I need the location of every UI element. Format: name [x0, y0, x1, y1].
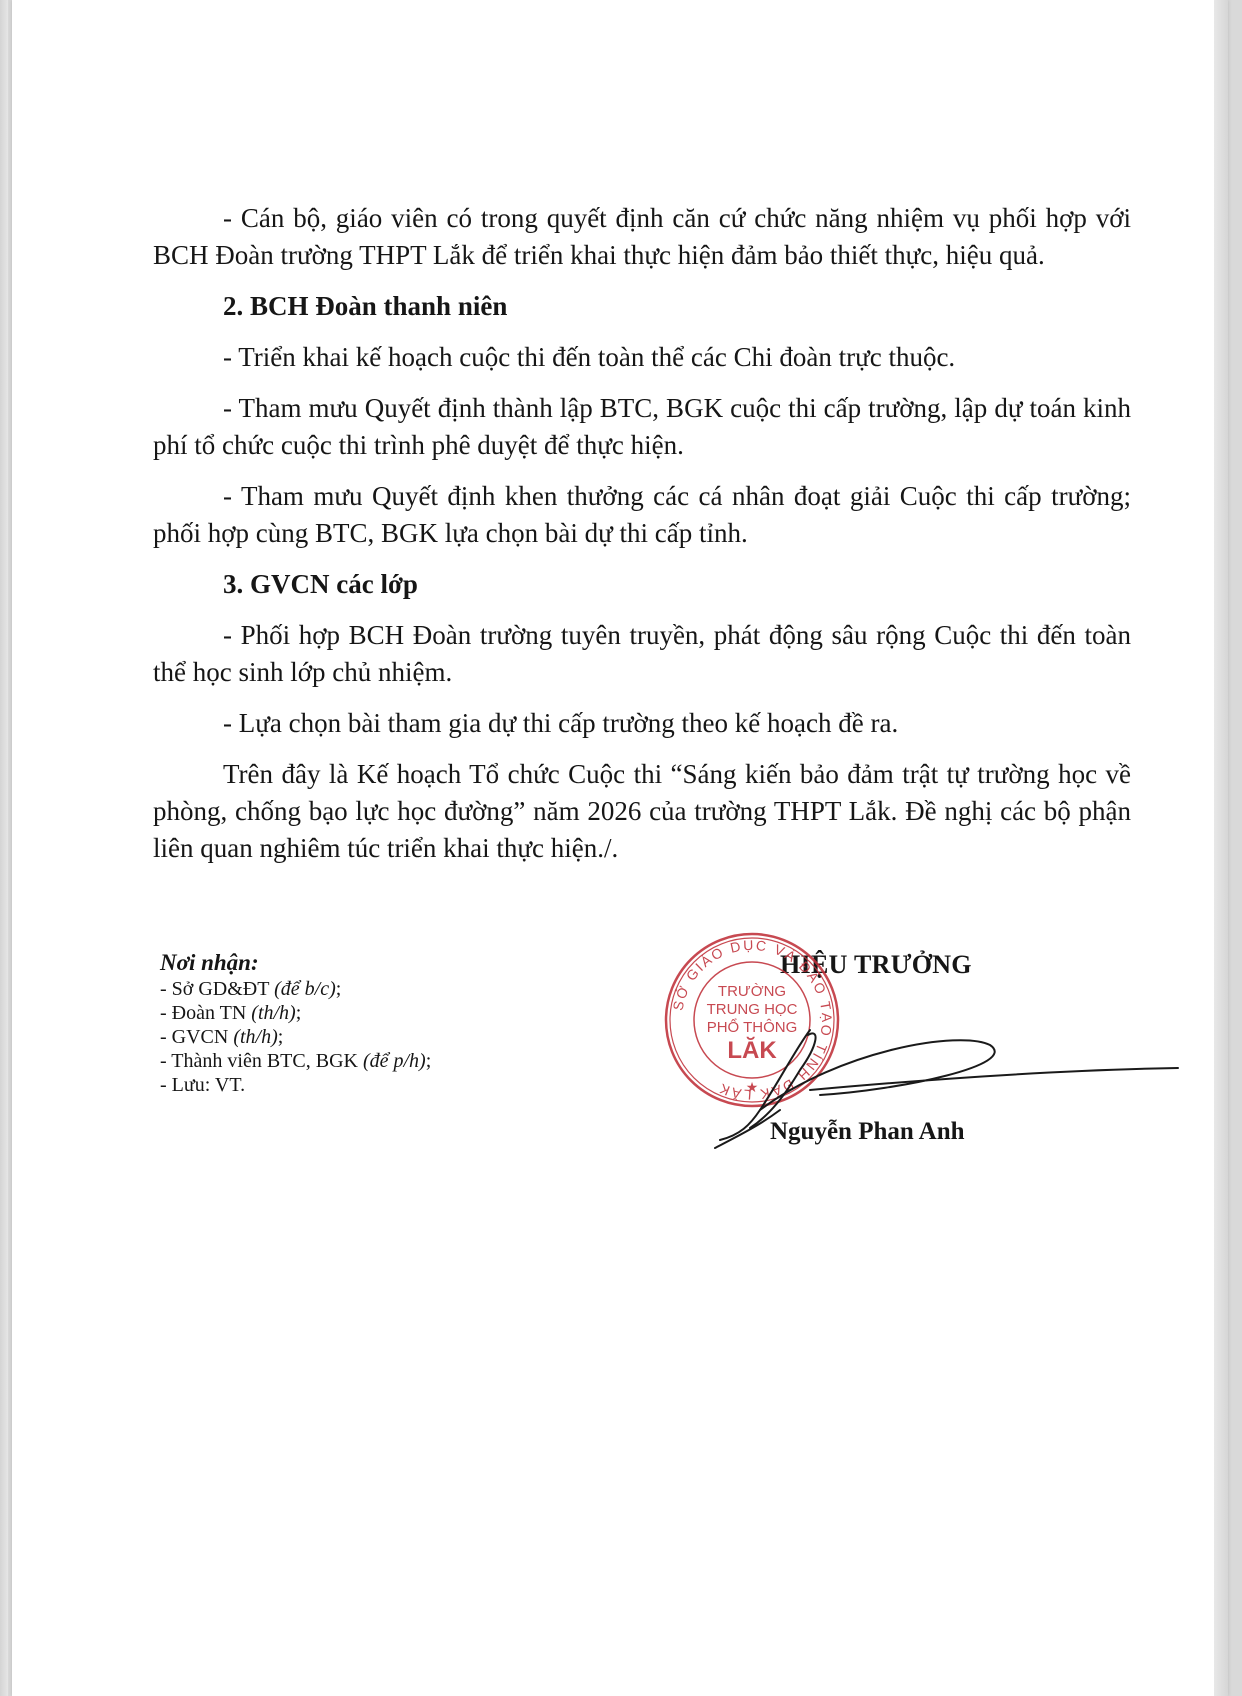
recipient-item: - Thành viên BTC, BGK (để p/h);	[160, 1049, 431, 1073]
section2-item: - Tham mưu Quyết định khen thưởng các cá…	[153, 478, 1131, 552]
svg-text:TRƯỜNG: TRƯỜNG	[718, 983, 786, 1000]
section2-item: - Tham mưu Quyết định thành lập BTC, BGK…	[153, 390, 1131, 464]
document-body: - Cán bộ, giáo viên có trong quyết định …	[153, 200, 1131, 881]
recipients-title: Nơi nhận:	[160, 951, 431, 975]
section2-item: - Triển khai kế hoạch cuộc thi đến toàn …	[153, 339, 1131, 376]
closing-paragraph: Trên đây là Kế hoạch Tổ chức Cuộc thi “S…	[153, 756, 1131, 867]
recipient-item: - Lưu: VT.	[160, 1073, 431, 1097]
section3-item: - Lựa chọn bài tham gia dự thi cấp trườn…	[153, 705, 1131, 742]
signer-name: Nguyễn Phan Anh	[770, 1118, 965, 1146]
left-edge-shadow	[0, 0, 8, 1696]
section3-item: - Phối hợp BCH Đoàn trường tuyên truyền,…	[153, 617, 1131, 691]
right-edge-shadow	[1214, 0, 1228, 1696]
recipient-item: - GVCN (th/h);	[160, 1025, 431, 1049]
recipients-block: Nơi nhận: - Sở GD&ĐT (để b/c); - Đoàn TN…	[160, 951, 431, 1097]
section-heading-youth-union: 2. BCH Đoàn thanh niên	[153, 288, 1131, 325]
recipient-item: - Đoàn TN (th/h);	[160, 1001, 431, 1025]
paragraph-staff-coordination: - Cán bộ, giáo viên có trong quyết định …	[153, 200, 1131, 274]
section-heading-homeroom-teachers: 3. GVCN các lớp	[153, 566, 1131, 603]
recipient-item: - Sở GD&ĐT (để b/c);	[160, 977, 431, 1001]
